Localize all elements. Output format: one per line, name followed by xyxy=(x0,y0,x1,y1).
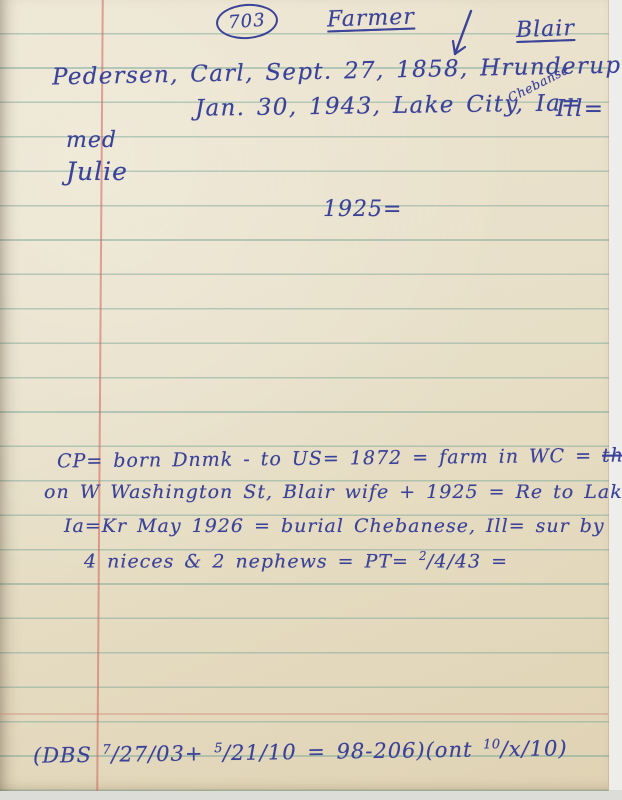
note-line-3: Ia=Kr May 1926 = burial Chebanese, Ill= … xyxy=(64,515,605,537)
note-line-1: CP= born Dnmk - to US= 1872 = farm in WC… xyxy=(57,444,622,473)
note-line-4: 4 nieces & 2 nephews = PT= 2/4/43 = xyxy=(84,549,508,572)
card-number-circled: 703 xyxy=(215,2,279,41)
note-line-4-pre: 4 nieces & 2 nephews = PT= xyxy=(84,550,409,572)
corner-note: Blair xyxy=(516,16,576,43)
scanner-background-right xyxy=(608,0,622,800)
footer-date3-numerator: 10 xyxy=(483,737,501,752)
footer-plus: + xyxy=(185,741,204,765)
note-line-1-struck-word: then xyxy=(602,444,622,466)
marital-word: med xyxy=(66,128,117,153)
footer-pre: (DBS xyxy=(33,743,92,768)
scanned-document: 703 Farmer Blair Pedersen, Carl, Sept. 2… xyxy=(0,0,622,800)
footer-close-paren: ) xyxy=(558,736,568,760)
card-number: 703 xyxy=(228,10,267,34)
occupation-label: Farmer xyxy=(327,4,416,32)
red-horizontal-rule xyxy=(0,713,608,715)
death-state: Ill= xyxy=(556,96,604,122)
footer-citation: (DBS 7/27/03+ 5/21/10 = 98-206)(ont 10/x… xyxy=(33,736,568,767)
scanner-background-bottom xyxy=(0,790,622,800)
note-line-4-date-numerator: 2 xyxy=(419,549,427,563)
footer-date2-rest: /21/10 xyxy=(223,740,297,765)
red-margin-line xyxy=(96,0,104,791)
marriage-year: 1925= xyxy=(323,197,402,222)
footer-cont: (ont xyxy=(425,738,472,763)
note-line-2: on W Washington St, Blair wife + 1925 = … xyxy=(44,481,622,503)
lined-paper: 703 Farmer Blair Pedersen, Carl, Sept. 2… xyxy=(0,0,609,791)
note-line-1-pre: CP= born Dnmk - to US= 1872 = farm in WC… xyxy=(57,445,592,473)
spouse-name: Julie xyxy=(66,157,128,186)
footer-date2-numerator: 5 xyxy=(214,741,223,756)
note-line-4-date-rest: /4/43 = xyxy=(427,550,508,572)
footer-date1-rest: /27/03 xyxy=(111,742,185,767)
footer-equals-result: = 98-206) xyxy=(307,738,426,764)
footer-date3-rest: /x/10 xyxy=(501,736,559,761)
